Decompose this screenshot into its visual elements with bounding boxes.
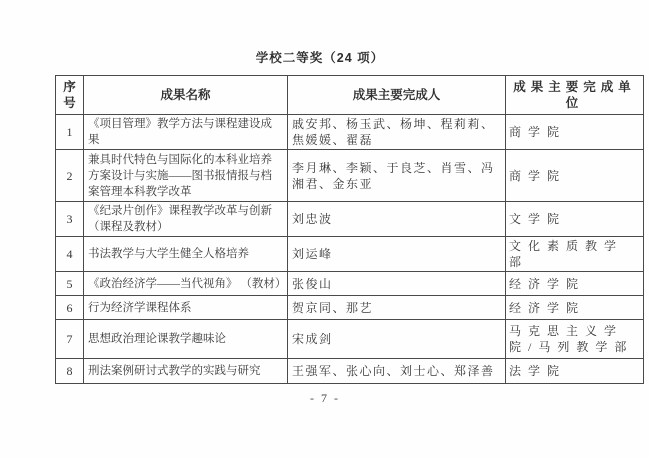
table-row: 2 兼具时代特色与国际化的本科业培养方案设计与实施——图书报情报与档案管理本科教… [56, 150, 644, 202]
achievement-unit: 商学院 [506, 150, 644, 202]
table-row: 7 思想政治理论课教学趣味论 宋成剑 马克思主义学院/马列教学部 [56, 320, 644, 359]
row-number: 2 [56, 150, 84, 202]
achievement-people: 刘忠波 [288, 202, 506, 237]
row-number: 7 [56, 320, 84, 359]
achievement-unit: 文学院 [506, 202, 644, 237]
table-row: 1 《项目管理》教学方法与课程建设成果 戚安邦、杨玉武、杨坤、程莉莉、焦媛媛、翟… [56, 115, 644, 150]
achievement-people: 王强军、张心向、刘士心、郑泽善 [288, 359, 506, 384]
row-number: 6 [56, 296, 84, 320]
table-header-row: 序号 成果名称 成果主要完成人 成果主要完成单位 [56, 76, 644, 115]
achievement-unit: 文化素质教学部 [506, 237, 644, 272]
achievement-people: 贺京同、那艺 [288, 296, 506, 320]
table-row: 5 《政治经济学——当代视角》 （教材） 张俊山 经济学院 [56, 272, 644, 296]
achievement-people: 宋成剑 [288, 320, 506, 359]
row-number: 5 [56, 272, 84, 296]
row-number: 3 [56, 202, 84, 237]
achievement-unit: 马克思主义学院/马列教学部 [506, 320, 644, 359]
table-row: 3 《纪录片创作》课程教学改革与创新（课程及教材） 刘忠波 文学院 [56, 202, 644, 237]
achievement-people: 刘运峰 [288, 237, 506, 272]
column-header-people: 成果主要完成人 [288, 76, 506, 115]
achievement-unit: 经济学院 [506, 296, 644, 320]
achievement-name: 《政治经济学——当代视角》 （教材） [84, 272, 288, 296]
achievement-unit: 商学院 [506, 115, 644, 150]
achievement-name: 思想政治理论课教学趣味论 [84, 320, 288, 359]
achievement-name: 兼具时代特色与国际化的本科业培养方案设计与实施——图书报情报与档案管理本科教学改… [84, 150, 288, 202]
page-title: 学校二等奖（24 项） [0, 0, 640, 66]
achievement-unit: 法学院 [506, 359, 644, 384]
achievement-people: 李月琳、李颖、于良芝、肖雪、冯湘君、金东亚 [288, 150, 506, 202]
achievement-name: 刑法案例研讨式教学的实践与研究 [84, 359, 288, 384]
achievement-unit: 经济学院 [506, 272, 644, 296]
table-row: 6 行为经济学课程体系 贺京同、那艺 经济学院 [56, 296, 644, 320]
column-header-no: 序号 [56, 76, 84, 115]
column-header-name: 成果名称 [84, 76, 288, 115]
page-number: - 7 - [0, 391, 650, 406]
row-number: 4 [56, 237, 84, 272]
document-page: 学校二等奖（24 项） 序号 成果名称 成果主要完成人 成果主要完成单位 1 《… [0, 0, 650, 458]
achievement-people: 戚安邦、杨玉武、杨坤、程莉莉、焦媛媛、翟磊 [288, 115, 506, 150]
row-number: 8 [56, 359, 84, 384]
achievement-name: 行为经济学课程体系 [84, 296, 288, 320]
column-header-unit: 成果主要完成单位 [506, 76, 644, 115]
achievement-name: 《纪录片创作》课程教学改革与创新（课程及教材） [84, 202, 288, 237]
achievement-name: 书法教学与大学生健全人格培养 [84, 237, 288, 272]
table-row: 4 书法教学与大学生健全人格培养 刘运峰 文化素质教学部 [56, 237, 644, 272]
achievement-name: 《项目管理》教学方法与课程建设成果 [84, 115, 288, 150]
table-row: 8 刑法案例研讨式教学的实践与研究 王强军、张心向、刘士心、郑泽善 法学院 [56, 359, 644, 384]
row-number: 1 [56, 115, 84, 150]
achievement-people: 张俊山 [288, 272, 506, 296]
awards-table: 序号 成果名称 成果主要完成人 成果主要完成单位 1 《项目管理》教学方法与课程… [55, 75, 644, 384]
